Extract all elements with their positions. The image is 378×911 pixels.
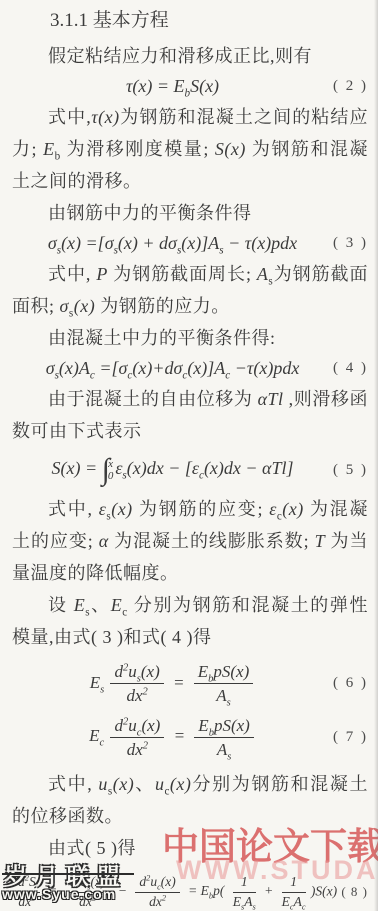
scan-edge-shadow: [374, 0, 378, 911]
watermark-strikethrough-line: [2, 873, 134, 875]
equation-4-body: σs(x)Ac =[σc(x)+dσc(x)]Ac −τ(x)pdx: [12, 358, 333, 379]
equation-7-lead: Ec: [89, 726, 104, 745]
scanned-paper-page: 3.1.1 基本方程 假定粘结应力和滑移成正比,则有 τ(x) = EbS(x)…: [0, 0, 378, 911]
equation-8-fraction-3: d2uc(x)dx2: [135, 874, 179, 911]
page-content: 3.1.1 基本方程 假定粘结应力和滑移成正比,则有 τ(x) = EbS(x)…: [0, 0, 378, 911]
integral-lower-limit: 0: [108, 470, 114, 482]
equation-6-fraction-2: EbpS(x)As: [194, 661, 254, 707]
equation-8-fraction-5: 1EcAc: [282, 874, 306, 911]
equation-5-lhs: S(x) =: [51, 458, 101, 478]
equation-5-body: S(x) = ∫x0εs(x)dx − [εc(x)dx − αTl]: [12, 453, 333, 487]
equation-7-body: Ec d2uc(x)dx2 = EbpS(x)As: [12, 715, 333, 761]
equation-5-number: ( 5 ): [333, 462, 368, 479]
paragraph-eq3-explanation: 式中, P 为钢筋截面周长; As为钢筋截面面积; σs(x) 为钢筋的应力。: [12, 258, 368, 322]
integral-limits: x0: [108, 458, 114, 482]
integral-upper-limit: x: [108, 458, 114, 470]
equation-3-number: ( 3 ): [333, 235, 368, 252]
paragraph-steel-balance: 由钢筋中力的平衡条件得: [12, 197, 368, 229]
paragraph-free-displacement: 由于混凝土的自由位移为 αTl ,则滑移函数可由下式表示: [12, 383, 368, 447]
equation-6-number: ( 6 ): [333, 675, 368, 692]
equals-sign: =: [173, 673, 184, 692]
equation-5: S(x) = ∫x0εs(x)dx − [εc(x)dx − αTl] ( 5 …: [12, 453, 368, 487]
equation-7: Ec d2uc(x)dx2 = EbpS(x)As ( 7 ): [12, 715, 368, 761]
equation-7-number: ( 7 ): [333, 729, 368, 746]
equation-8-number: ( 8 ): [341, 884, 368, 900]
watermark-syue-url: www.Syue.com: [2, 886, 116, 902]
equation-2-body: τ(x) = EbS(x): [12, 76, 333, 97]
equation-7-fraction-1: d2uc(x)dx2: [110, 715, 164, 761]
equation-5-rhs: εs(x)dx − [εc(x)dx − αTl]: [115, 458, 293, 478]
equation-8-mid: = Ebp(: [188, 883, 224, 898]
paragraph-eq5-explanation: 式中, εs(x) 为钢筋的应变; εc(x) 为混凝土的应变; α 为混凝土的…: [12, 493, 368, 589]
paragraph-elastic-moduli: 设 Es、Ec 分别为钢筋和混凝土的弹性模量,由式( 3 )和式( 4 )得: [12, 589, 368, 653]
paragraph-intro: 假定粘结应力和滑移成正比,则有: [12, 40, 368, 72]
equation-6: Es d2us(x)dx2 = EbpS(x)As ( 6 ): [12, 661, 368, 707]
equation-7-fraction-2: EbpS(x)As: [194, 715, 254, 761]
equation-6-lead: Es: [90, 673, 105, 692]
equals-sign: =: [174, 726, 185, 745]
paragraph-eq2-explanation: 式中,τ(x)为钢筋和混凝土之间的粘结应力; Eb 为滑移刚度模量; S(x) …: [12, 101, 368, 197]
paragraph-concrete-balance: 由混凝土中力的平衡条件得:: [12, 322, 368, 354]
equation-2: τ(x) = EbS(x) ( 2 ): [12, 76, 368, 97]
section-heading: 3.1.1 基本方程: [12, 6, 368, 36]
equation-8-fraction-4: 1EsAs: [233, 874, 256, 911]
equation-6-fraction-1: d2us(x)dx2: [110, 661, 163, 707]
equation-3-body: σs(x) =[σs(x) + dσs(x)]As − τ(x)pdx: [12, 233, 333, 254]
equation-2-number: ( 2 ): [333, 78, 368, 95]
plus-sign: +: [264, 883, 273, 898]
paragraph-eq67-explanation: 式中, us(x)、uc(x)分别为钢筋和混凝土的位移函数。: [12, 768, 368, 832]
equation-4-number: ( 4 ): [333, 360, 368, 377]
equation-4: σs(x)Ac =[σc(x)+dσc(x)]Ac −τ(x)pdx ( 4 ): [12, 358, 368, 379]
equation-6-body: Es d2us(x)dx2 = EbpS(x)As: [12, 661, 333, 707]
equation-8-tail: )S(x): [311, 883, 337, 898]
equation-3: σs(x) =[σs(x) + dσs(x)]As − τ(x)pdx ( 3 …: [12, 233, 368, 254]
